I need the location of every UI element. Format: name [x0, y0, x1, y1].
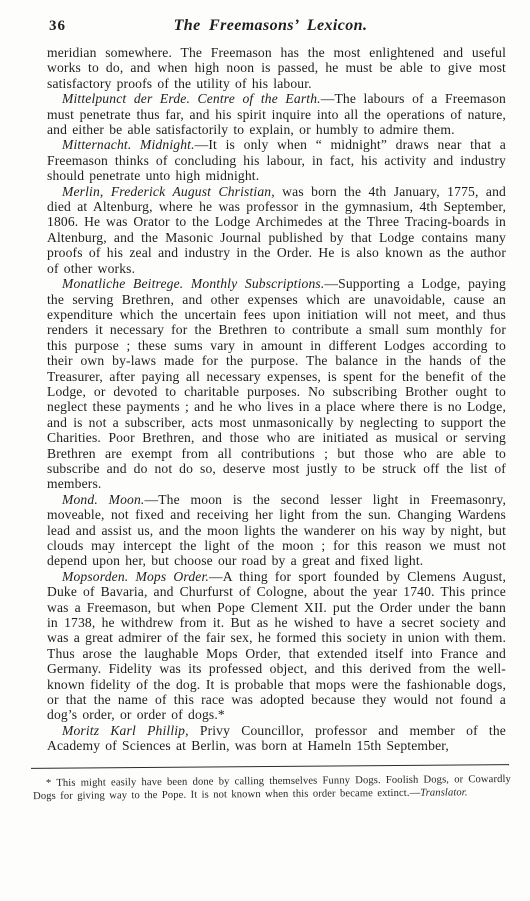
entry-term: Monatliche Beitrege. Monthly Subscriptio…	[62, 276, 324, 291]
entry-term: Mopsorden. Mops Order.	[62, 569, 209, 584]
paragraph-meridian-continuation: meridian somewhere. The Freemason has th…	[47, 45, 506, 91]
book-page: 36 The Freemasons’ Lexicon. meridian som…	[0, 0, 530, 901]
footnote-paragraph: * This might easily have been done by ca…	[33, 774, 511, 804]
paragraph-mond: Mond. Moon.—The moon is the second lesse…	[47, 492, 506, 569]
footnote-divider-rule	[31, 764, 509, 769]
entry-text: —Supporting a Lodge, paying the serving …	[47, 276, 506, 491]
paragraph-mittelpunct-der-erde: Mittelpunct der Erde. Centre of the Eart…	[47, 91, 506, 137]
entry-term: Mond. Moon.	[62, 492, 144, 507]
footnote-signature: Translator.	[420, 787, 467, 798]
page-header: 36 The Freemasons’ Lexicon.	[47, 17, 506, 42]
paragraph-moritz-karl-phillip: Moritz Karl Phillip, Privy Councillor, p…	[47, 723, 506, 754]
entry-term: Mittelpunct der Erde. Centre of the Eart…	[62, 91, 321, 106]
entry-term: Moritz Karl Phillip,	[62, 723, 189, 738]
footnote: * This might easily have been done by ca…	[33, 774, 511, 804]
paragraph-merlin: Merlin, Frederick August Christian, was …	[47, 184, 506, 276]
entry-term: Mitternacht. Midnight.	[62, 137, 195, 152]
running-title: The Freemasons’ Lexicon.	[41, 17, 500, 35]
page-body: meridian somewhere. The Freemason has th…	[47, 45, 506, 754]
paragraph-mopsorden: Mopsorden. Mops Order.—A thing for sport…	[47, 569, 506, 723]
entry-term: Merlin, Frederick August Christian,	[62, 184, 275, 199]
entry-text: meridian somewhere. The Freemason has th…	[47, 45, 506, 91]
paragraph-mitternacht: Mitternacht. Midnight.—It is only when “…	[47, 137, 506, 183]
entry-text: —A thing for sport founded by Clemens Au…	[47, 569, 506, 723]
paragraph-monatliche-beitrege: Monatliche Beitrege. Monthly Subscriptio…	[47, 276, 506, 492]
